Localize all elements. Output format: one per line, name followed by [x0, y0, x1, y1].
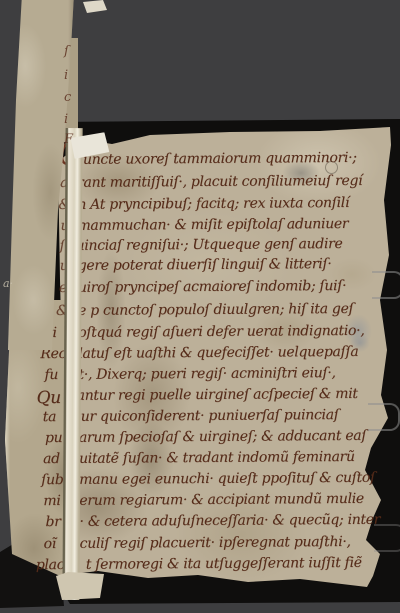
manuscript-photo: C uncte uxoreſ tammaiorum quamminori·;ar…: [0, 0, 400, 613]
line-text: arum ſpecioſaſ & uirgineſ; & adducant ea…: [79, 428, 366, 446]
manuscript-line: Reclatuſ eſt uaſthi & quefeciſſet· uelqu…: [0, 344, 400, 367]
line-text: mammuchan· & miſit epiſtolaſ aduniuer: [77, 216, 348, 234]
line-text: latuſ eſt uaſthi & quefeciſſet· uelquepa…: [78, 344, 358, 362]
manuscript-line: Quantur regi puelle uirgineſ acſpecieſ &…: [1, 386, 400, 409]
manuscript-line: ſubmanu egei eunuchi· quieſt ppoſituſ & …: [1, 470, 400, 493]
manuscript-line: br· & cetera aduſuſneceſſaria· & quecũq;…: [1, 512, 400, 535]
manuscript-line: oĩculiſ regiſ placuerit· ipſeregnat puaſ…: [2, 534, 400, 557]
line-text: t·, Dixerq; pueri regiſ· acminiſtri eiuſ…: [78, 365, 335, 383]
line-text: antur regi puelle uirgineſ acſpecieſ & m…: [77, 386, 358, 404]
line-fragment: Qu: [37, 388, 61, 408]
manuscript-line: taur quiconſiderent· puniuerſaſ puinciaſ: [1, 407, 400, 430]
line-fragment: ad: [43, 451, 60, 467]
plexi-clip: [372, 271, 400, 299]
manuscript-line: umammuchan· & miſit epiſtolaſ aduniuer: [0, 216, 400, 239]
sliver-letter: i: [64, 68, 68, 83]
guard-band-foot: [56, 572, 106, 600]
line-fragment: ſ: [60, 238, 65, 254]
plexi-clip: [368, 403, 400, 431]
manuscript-line: mierum regiarum· & accipiant mundũ mulie: [1, 491, 400, 514]
line-fragment: ta: [43, 409, 56, 425]
line-fragment: fu: [44, 367, 58, 383]
line-text: erum regiarum· & accipiant mundũ mulie: [79, 491, 364, 509]
line-text: oſtquá regiſ aſueri defer uerat indignat…: [78, 323, 364, 341]
line-text: uncte uxoreſ tammaiorum quamminori·;: [83, 150, 357, 168]
line-text: uitatẽ ſuſan· & tradant indomũ feminarũ: [79, 449, 355, 467]
line-fragment: mi: [43, 493, 60, 509]
line-text: t ſermoregi & ita utſuggeſſerant iuſſit …: [86, 555, 362, 573]
manuscript-line: ugere poterat diuerſiſ linguiſ & litteri…: [0, 256, 400, 279]
sliver-letter: F: [64, 132, 73, 147]
sliver-letter: ſ: [64, 44, 69, 59]
manuscript-line: tioſtquá regiſ aſueri defer uerat indign…: [0, 323, 400, 346]
line-fragment: plac: [36, 557, 65, 573]
sliver-letter: c: [64, 90, 71, 105]
line-text: rant maritiſſuiſ·, placuit conſiliumeiuſ…: [77, 173, 362, 191]
stray-margin-letter: a·: [3, 277, 13, 290]
manuscript-line: ſuinciaſ regniſui·; Utqueque genſ audire: [0, 236, 400, 259]
manuscript-line: &e p cunctoſ populoſ diuulgren; hiſ ita …: [0, 301, 400, 324]
manuscript-line: &n At pryncipibuſ; facitq; rex iuxta con…: [0, 195, 399, 218]
plexi-clip: [374, 524, 400, 552]
line-text: gere poterat diuerſiſ linguiſ & litteriſ…: [78, 256, 332, 274]
parchment-guard-band: [62, 128, 82, 600]
line-text: n At pryncipibuſ; facitq; rex iuxta conſ…: [77, 195, 349, 213]
line-text: e p cunctoſ populoſ diuulgren; hiſ ita g…: [78, 301, 353, 319]
manuscript-line: puarum ſpecioſaſ & uirgineſ; & adducant …: [1, 428, 400, 451]
line-text: culiſ regiſ placuerit· ipſeregnat puaſth…: [80, 534, 351, 552]
line-fragment: br: [45, 514, 60, 530]
line-text: uiroſ pryncipeſ acmaioreſ indomib; ſuiſ·: [78, 278, 347, 296]
line-fragment: pu: [45, 430, 63, 446]
manuscript-line: plact ſermoregi & ita utſuggeſſerant iuſ…: [2, 555, 400, 578]
line-text: · & cetera aduſuſneceſſaria· & quecũq; i…: [79, 512, 380, 530]
manuscript-line: euiroſ pryncipeſ acmaioreſ indomib; ſuiſ…: [0, 278, 400, 301]
line-fragment: oĩ: [44, 536, 56, 552]
line-text: uinciaſ regniſui·; Utqueque genſ audire: [76, 236, 343, 254]
manuscript-line: fut·, Dixerq; pueri regiſ· acminiſtri ei…: [0, 365, 400, 388]
line-text: manu egei eunuchi· quieſt ppoſituſ & cuſ…: [79, 470, 375, 488]
sliver-letter: i: [64, 112, 68, 127]
line-fragment: ſub: [41, 472, 63, 488]
manuscript-line: aduitatẽ ſuſan· & tradant indomũ feminar…: [1, 449, 400, 472]
line-text: ur quiconſiderent· puniuerſaſ puinciaſ: [81, 407, 339, 425]
